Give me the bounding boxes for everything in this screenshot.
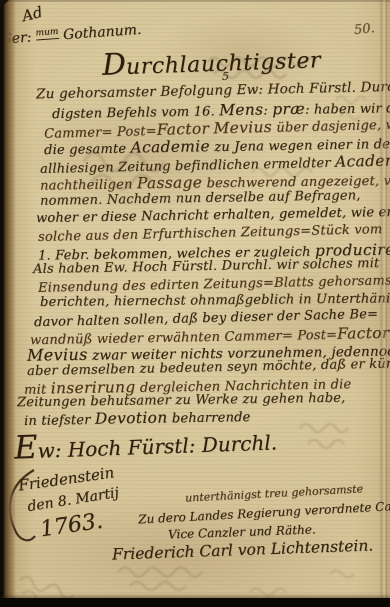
corner-mark-top-left: [0, 0, 9, 8]
heading-subscript-mark: 5: [222, 70, 229, 83]
page-number: 50.: [353, 21, 375, 38]
salutation-heading: Durchlauchtigster: [101, 40, 321, 83]
archival-note-superscript: mum: [35, 27, 59, 41]
binding-edge-left: [0, 0, 16, 607]
closing-address: Ew: Hoch Fürstl: Durchl.: [13, 419, 277, 466]
signature-name: Friederich Carl von Lichtenstein.: [112, 536, 374, 563]
signatories-line-1: Zu dero Landes Regierung verordnete Canz…: [138, 498, 390, 527]
archival-note-ad: Ad: [20, 3, 44, 25]
archival-note: Ser: mum Gothanum.: [2, 21, 142, 47]
dateline-year: 1763.: [39, 509, 105, 543]
scan-edge-top: [0, 0, 390, 2]
scan-edge-bottom: [0, 598, 390, 607]
page-crease-right: [379, 0, 387, 607]
manuscript-page: Ad Ser: mum Gothanum. 50. Durchlauchtigs…: [0, 0, 390, 607]
archival-note-addressee: Gothanum.: [63, 22, 142, 43]
